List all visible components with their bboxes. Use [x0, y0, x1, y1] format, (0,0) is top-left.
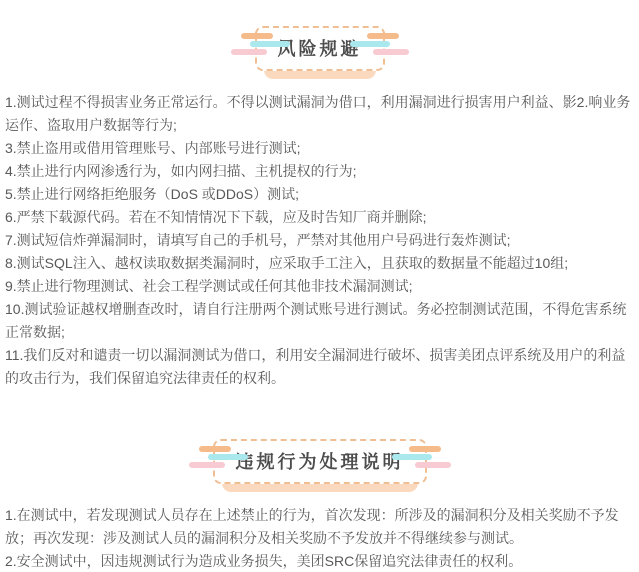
- rule-item: 1.测试过程不得损害业务正常运行。不得以测试漏洞为借口，利用漏洞进行损害用户利益…: [5, 91, 635, 137]
- rule-list-violation-handling: 1.在测试中，若发现测试人员存在上述禁止的行为，首次发现：所涉及的漏洞积分及相关…: [5, 504, 635, 572]
- header-dashed-box: 违规行为处理说明: [213, 439, 427, 484]
- decor-bar-pink-right: [415, 462, 451, 468]
- decor-bar-pink-right: [373, 49, 409, 55]
- rule-list-risk-avoidance: 1.测试过程不得损害业务正常运行。不得以测试漏洞为借口，利用漏洞进行损害用户利益…: [5, 91, 635, 390]
- header-wrap-violation-handling: 违规行为处理说明: [0, 439, 639, 484]
- rule-item: 1.在测试中，若发现测试人员存在上述禁止的行为，首次发现：所涉及的漏洞积分及相关…: [5, 504, 635, 550]
- section-header-risk-avoidance: 风险规避: [255, 26, 385, 71]
- rule-item: 5.禁止进行网络拒绝服务（DoS 或DDoS）测试;: [5, 183, 635, 206]
- decor-bar-cyan-right: [392, 454, 432, 460]
- decor-bar-orange-left: [199, 446, 231, 452]
- rule-item: 11.我们反对和谴责一切以漏洞测试为借口，利用安全漏洞进行破坏、损害美团点评系统…: [5, 344, 635, 390]
- rule-item: 9.禁止进行物理测试、社会工程学测试或任何其他非技术漏洞测试;: [5, 275, 635, 298]
- header-dashed-box: 风险规避: [255, 26, 385, 71]
- section-header-violation-handling: 违规行为处理说明: [213, 439, 427, 484]
- decor-bar-orange-left: [241, 33, 273, 39]
- rule-item: 7.测试短信炸弹漏洞时，请填写自己的手机号，严禁对其他用户号码进行轰炸测试;: [5, 229, 635, 252]
- decor-bar-orange-right: [409, 446, 441, 452]
- decor-bar-cyan-left: [250, 41, 290, 47]
- rule-item: 6.严禁下载源代码。若在不知情情况下下载，应及时告知厂商并删除;: [5, 206, 635, 229]
- rule-item: 2.安全测试中，因违规测试行为造成业务损失，美团SRC保留追究法律责任的权利。: [5, 550, 635, 572]
- decor-bar-cyan-right: [350, 41, 390, 47]
- section-title-violation-handling: 违规行为处理说明: [236, 448, 404, 474]
- decor-bar-pink-left: [189, 462, 225, 468]
- rule-item: 10.测试验证越权增删查改时，请自行注册两个测试账号进行测试。务必控制测试范围，…: [5, 298, 635, 344]
- section-risk-avoidance: 风险规避 1.测试过程不得损害业务正常运行。不得以测试漏洞为借口，利用漏洞进行损…: [0, 26, 639, 390]
- decor-bar-pink-left: [231, 49, 267, 55]
- rule-item: 8.测试SQL注入、越权读取数据类漏洞时，应采取手工注入，且获取的数据量不能超过…: [5, 252, 635, 275]
- section-title-risk-avoidance: 风险规避: [278, 35, 362, 61]
- rule-item: 4.禁止进行内网渗透行为，如内网扫描、主机提权的行为;: [5, 160, 635, 183]
- page: 风险规避 1.测试过程不得损害业务正常运行。不得以测试漏洞为借口，利用漏洞进行损…: [0, 0, 639, 572]
- section-violation-handling: 违规行为处理说明 1.在测试中，若发现测试人员存在上述禁止的行为，首次发现：所涉…: [0, 439, 639, 572]
- rule-item: 3.禁止盗用或借用管理账号、内部账号进行测试;: [5, 137, 635, 160]
- header-wrap-risk-avoidance: 风险规避: [0, 26, 639, 71]
- decor-bar-orange-right: [367, 33, 399, 39]
- decor-bar-cyan-left: [208, 454, 248, 460]
